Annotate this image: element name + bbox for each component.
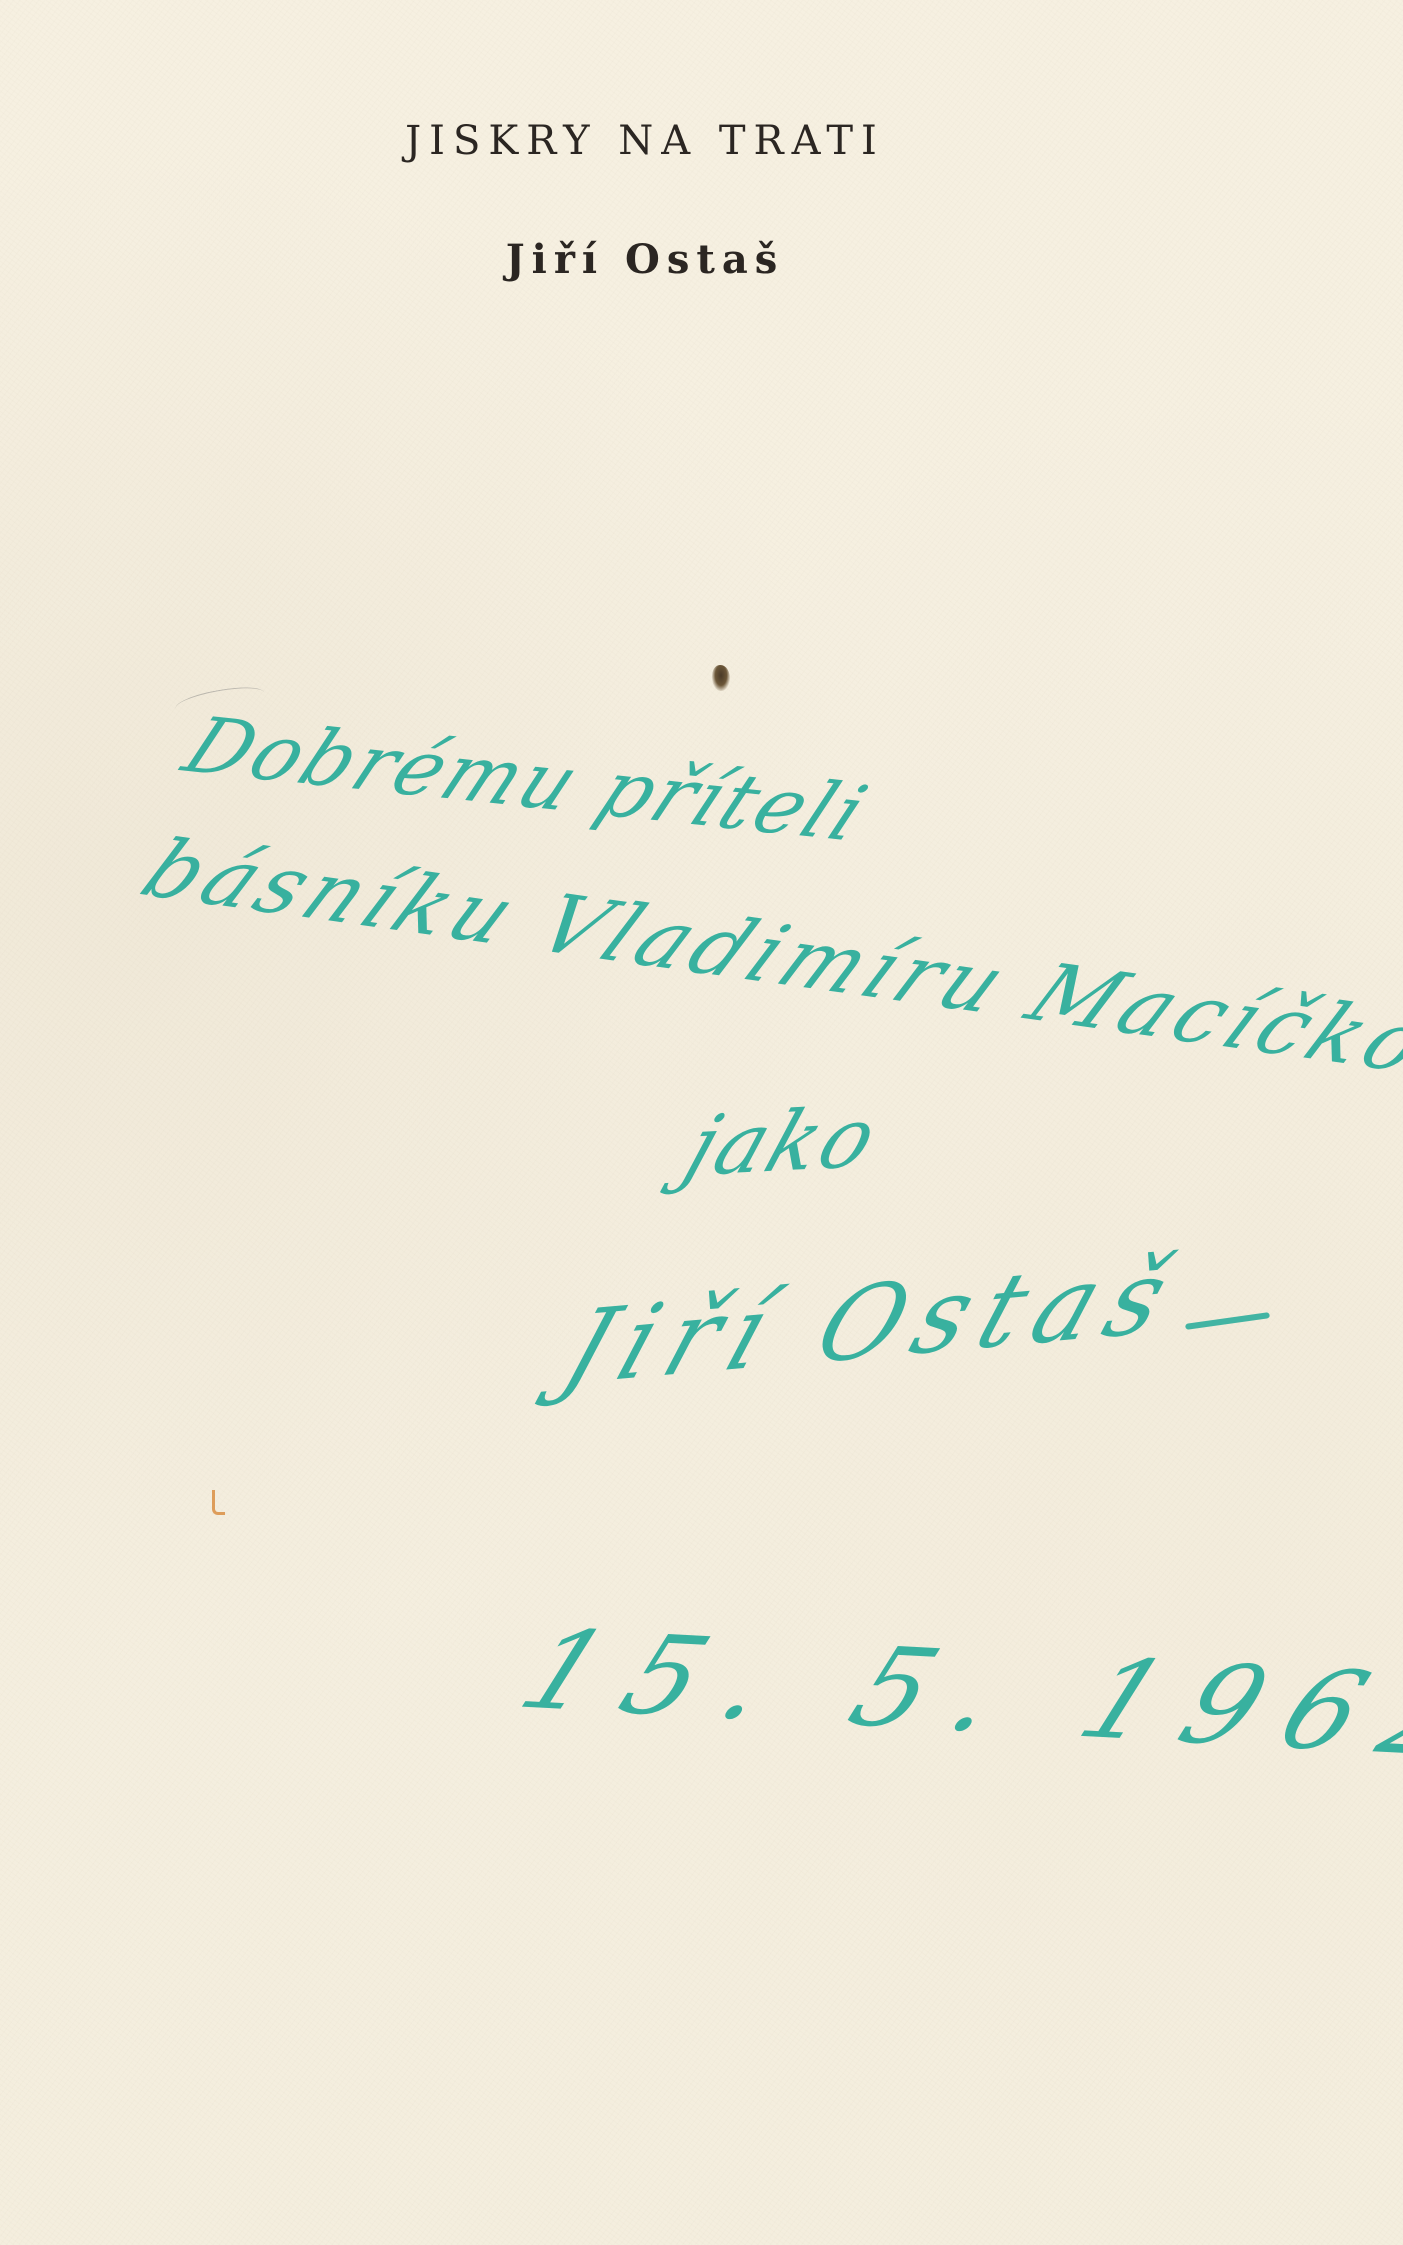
handwritten-date: 15. 5. 1962. — [503, 1606, 1403, 1785]
dedication-line-1: Dobrému příteli — [171, 702, 882, 859]
dedication-line-3: jako — [673, 1089, 891, 1196]
brown-stain — [712, 665, 730, 691]
dedication-line-2: básníku Vladimíru Macíčkovi — [126, 823, 1403, 1103]
book-author: Jiří Ostaš — [0, 236, 1290, 283]
handwritten-signature: Jiří Ostaš — [549, 1235, 1196, 1409]
book-title-page: JISKRY NA TRATI Jiří Ostaš Dobrému příte… — [0, 0, 1403, 2245]
orange-stain — [212, 1490, 225, 1515]
book-title: JISKRY NA TRATI — [0, 118, 1290, 164]
signature-flourish — [1185, 1312, 1270, 1330]
